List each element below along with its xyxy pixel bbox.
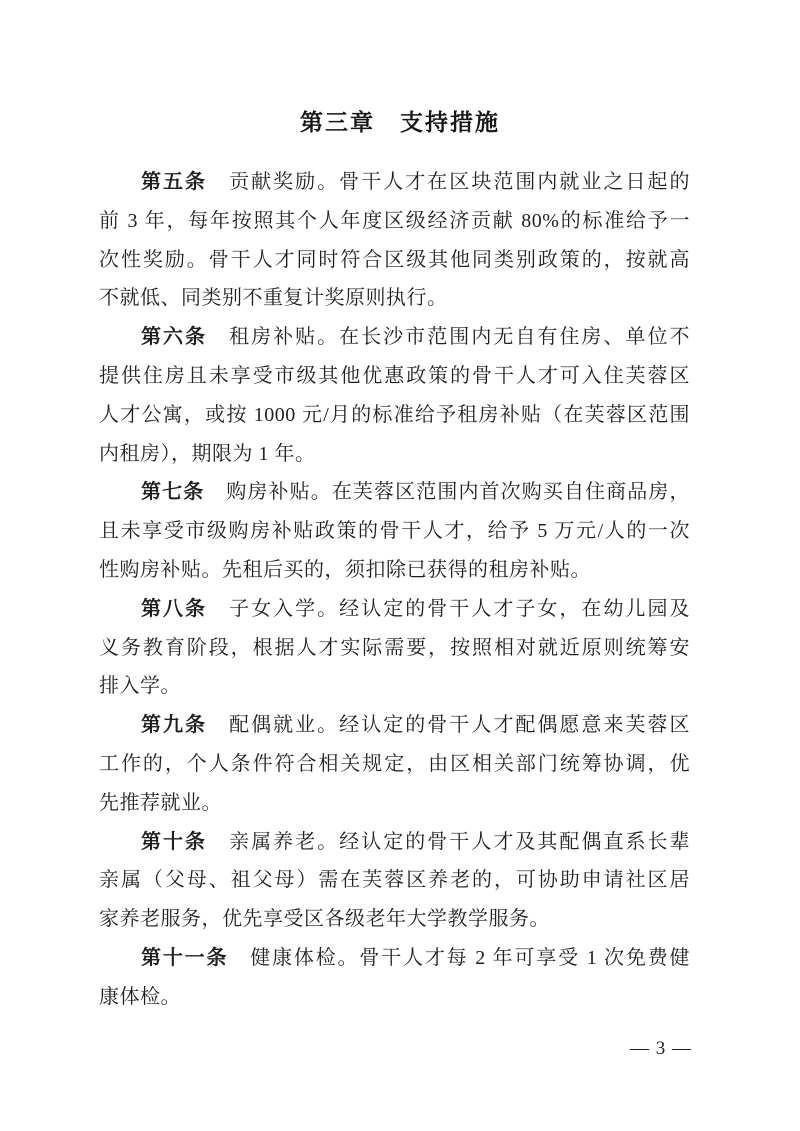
text-line: 第五条贡献奖励。骨干人才在区块范围内就业之日起的 — [99, 163, 690, 202]
article-number: 第八条 — [141, 598, 207, 620]
article-number: 第十条 — [141, 831, 207, 853]
article-paragraph: 第七条购房补贴。在芙蓉区范围内首次购买自住商品房，且未享受市级购房补贴政策的骨干… — [99, 473, 690, 589]
document-body: 第五条贡献奖励。骨干人才在区块范围内就业之日起的前 3 年，每年按照其个人年度区… — [99, 163, 690, 1017]
article-number: 第五条 — [141, 171, 207, 193]
text-line: 康体检。 — [99, 978, 690, 1017]
article-paragraph: 第五条贡献奖励。骨干人才在区块范围内就业之日起的前 3 年，每年按照其个人年度区… — [99, 163, 690, 318]
chapter-title: 第三章 支持措施 — [0, 104, 800, 140]
article-number: 第七条 — [141, 481, 204, 503]
text-line: 内租房），期限为 1 年。 — [99, 435, 690, 474]
text-line: 先推荐就业。 — [99, 784, 690, 823]
article-line-text: 贡献奖励。骨干人才在区块范围内就业之日起的 — [229, 171, 690, 193]
text-line: 第十条亲属养老。经认定的骨干人才及其配偶直系长辈 — [99, 823, 690, 862]
article-paragraph: 第十条亲属养老。经认定的骨干人才及其配偶直系长辈亲属（父母、祖父母）需在芙蓉区养… — [99, 823, 690, 939]
article-paragraph: 第十一条健康体检。骨干人才每 2 年可享受 1 次免费健康体检。 — [99, 939, 690, 1017]
article-number: 第十一条 — [141, 947, 228, 969]
text-line: 第十一条健康体检。骨干人才每 2 年可享受 1 次免费健 — [99, 939, 690, 978]
article-line-text: 亲属养老。经认定的骨干人才及其配偶直系长辈 — [229, 831, 690, 853]
article-line-text: 健康体检。骨干人才每 2 年可享受 1 次免费健 — [250, 947, 690, 969]
text-line: 家养老服务，优先享受区各级老年大学教学服务。 — [99, 900, 690, 939]
article-number: 第九条 — [141, 714, 207, 736]
text-line: 亲属（父母、祖父母）需在芙蓉区养老的，可协助申请社区居 — [99, 861, 690, 900]
article-line-text: 租房补贴。在长沙市范围内无自有住房、单位不 — [229, 326, 690, 348]
text-line: 且未享受市级购房补贴政策的骨干人才，给予 5 万元/人的一次 — [99, 512, 690, 551]
text-line: 第八条子女入学。经认定的骨干人才子女，在幼儿园及 — [99, 590, 690, 629]
text-line: 工作的，个人条件符合相关规定，由区相关部门统筹协调，优 — [99, 745, 690, 784]
text-line: 人才公寓，或按 1000 元/月的标准给予租房补贴（在芙蓉区范围 — [99, 396, 690, 435]
text-line: 第九条配偶就业。经认定的骨干人才配偶愿意来芙蓉区 — [99, 706, 690, 745]
text-line: 义务教育阶段，根据人才实际需要，按照相对就近原则统筹安 — [99, 629, 690, 668]
article-paragraph: 第八条子女入学。经认定的骨干人才子女，在幼儿园及义务教育阶段，根据人才实际需要，… — [99, 590, 690, 706]
text-line: 前 3 年，每年按照其个人年度区级经济贡献 80%的标准给予一 — [99, 202, 690, 241]
article-line-text: 购房补贴。在芙蓉区范围内首次购买自住商品房， — [226, 481, 690, 503]
text-line: 第六条租房补贴。在长沙市范围内无自有住房、单位不 — [99, 318, 690, 357]
text-line: 不就低、同类别不重复计奖原则执行。 — [99, 279, 690, 318]
article-line-text: 配偶就业。经认定的骨干人才配偶愿意来芙蓉区 — [229, 714, 690, 736]
text-line: 次性奖励。骨干人才同时符合区级其他同类别政策的，按就高 — [99, 241, 690, 280]
text-line: 第七条购房补贴。在芙蓉区范围内首次购买自住商品房， — [99, 473, 690, 512]
document-page: 第三章 支持措施 第五条贡献奖励。骨干人才在区块范围内就业之日起的前 3 年，每… — [0, 0, 800, 1131]
article-line-text: 子女入学。经认定的骨干人才子女，在幼儿园及 — [229, 598, 690, 620]
article-paragraph: 第六条租房补贴。在长沙市范围内无自有住房、单位不提供住房且未享受市级其他优惠政策… — [99, 318, 690, 473]
text-line: 提供住房且未享受市级其他优惠政策的骨干人才可入住芙蓉区 — [99, 357, 690, 396]
article-paragraph: 第九条配偶就业。经认定的骨干人才配偶愿意来芙蓉区工作的，个人条件符合相关规定，由… — [99, 706, 690, 822]
article-number: 第六条 — [141, 326, 207, 348]
text-line: 性购房补贴。先租后买的，须扣除已获得的租房补贴。 — [99, 551, 690, 590]
page-number: — 3 — — [630, 1038, 692, 1059]
text-line: 排入学。 — [99, 667, 690, 706]
page-footer: — 3 — — [630, 1036, 692, 1062]
